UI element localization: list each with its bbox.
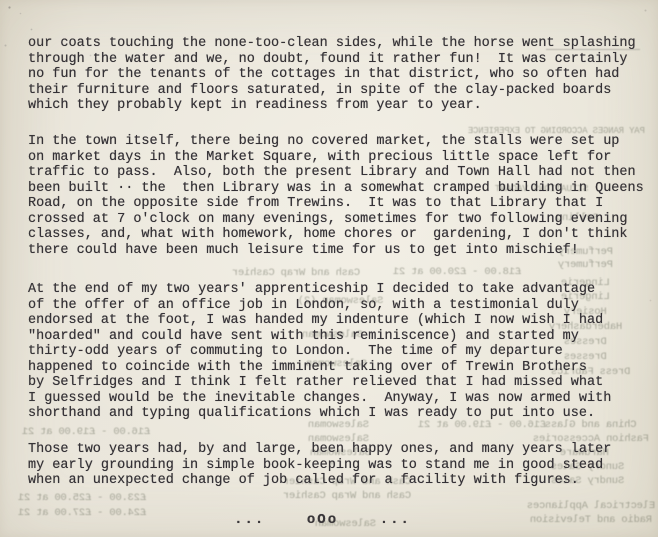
paper-speckles	[0, 0, 1, 1]
typed-paragraph-3: At the end of my two years' apprenticesh…	[28, 282, 653, 422]
typed-paragraph-4: Those two years had, by and large, been …	[28, 442, 653, 489]
typed-paragraph-2: In the town itself, there being no cover…	[28, 134, 653, 258]
end-ornament: ... oOo ...	[0, 512, 645, 528]
typed-text-layer: our coats touching the none-too-clean si…	[0, 0, 658, 537]
typed-paragraph-1: our coats touching the none-too-clean si…	[28, 36, 653, 114]
ink-smudge	[546, 49, 640, 50]
document-page: PAY RANGES ACCORDING TO EXPERIENCESITUAT…	[0, 0, 658, 537]
